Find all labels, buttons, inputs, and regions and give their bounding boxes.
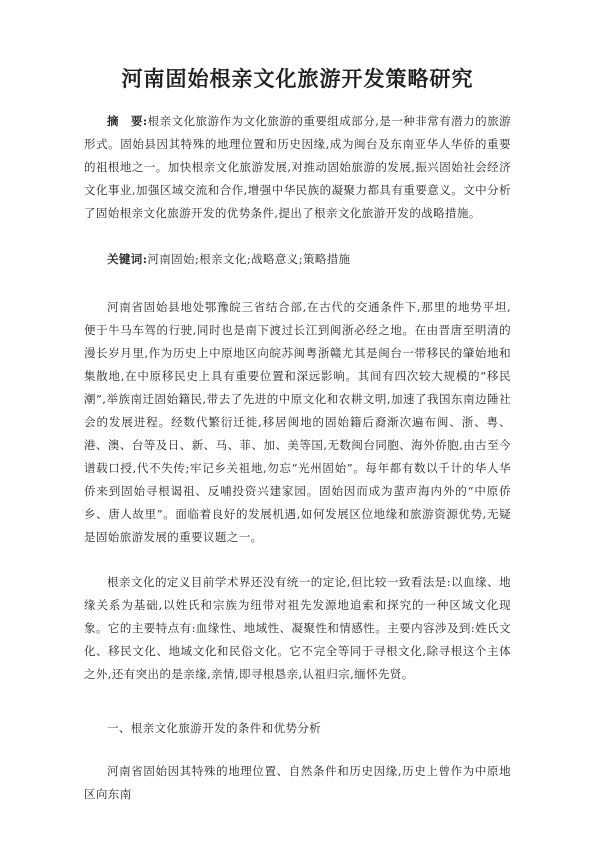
keywords-label: 关键词: <box>107 252 147 266</box>
paper-title: 河南固始根亲文化旅游开发策略研究 <box>84 64 511 94</box>
keywords-line: 关键词:河南固始;根亲文化;战略意义;策略措施 <box>84 248 511 271</box>
abstract-label: 摘 要: <box>107 114 148 128</box>
abstract-paragraph: 摘 要:根亲文化旅游作为文化旅游的重要组成部分,是一种非常有潜力的旅游形式。固始… <box>84 110 511 225</box>
body-paragraph-3-first-line: 河南省固始因其特殊的地理位置、自然条件和历史因缘,历史上曾作为中原地区向东南 <box>84 760 511 806</box>
keywords-text: 河南固始;根亲文化;战略意义;策略措施 <box>147 252 350 266</box>
body-paragraph-1: 河南省固始县地处鄂豫皖三省结合部,在古代的交通条件下,那里的地势平坦,便于牛马车… <box>84 296 511 549</box>
document-page: 河南固始根亲文化旅游开发策略研究 摘 要:根亲文化旅游作为文化旅游的重要组成部分… <box>0 0 595 842</box>
body-paragraph-2: 根亲文化的定义目前学术界还没有统一的定论,但比较一致看法是:以血缘、地缘关系为基… <box>84 571 511 686</box>
section-heading-1: 一、根亲文化旅游开发的条件和优势分析 <box>84 717 511 740</box>
abstract-text: 根亲文化旅游作为文化旅游的重要组成部分,是一种非常有潜力的旅游形式。固始县因其特… <box>84 114 511 220</box>
